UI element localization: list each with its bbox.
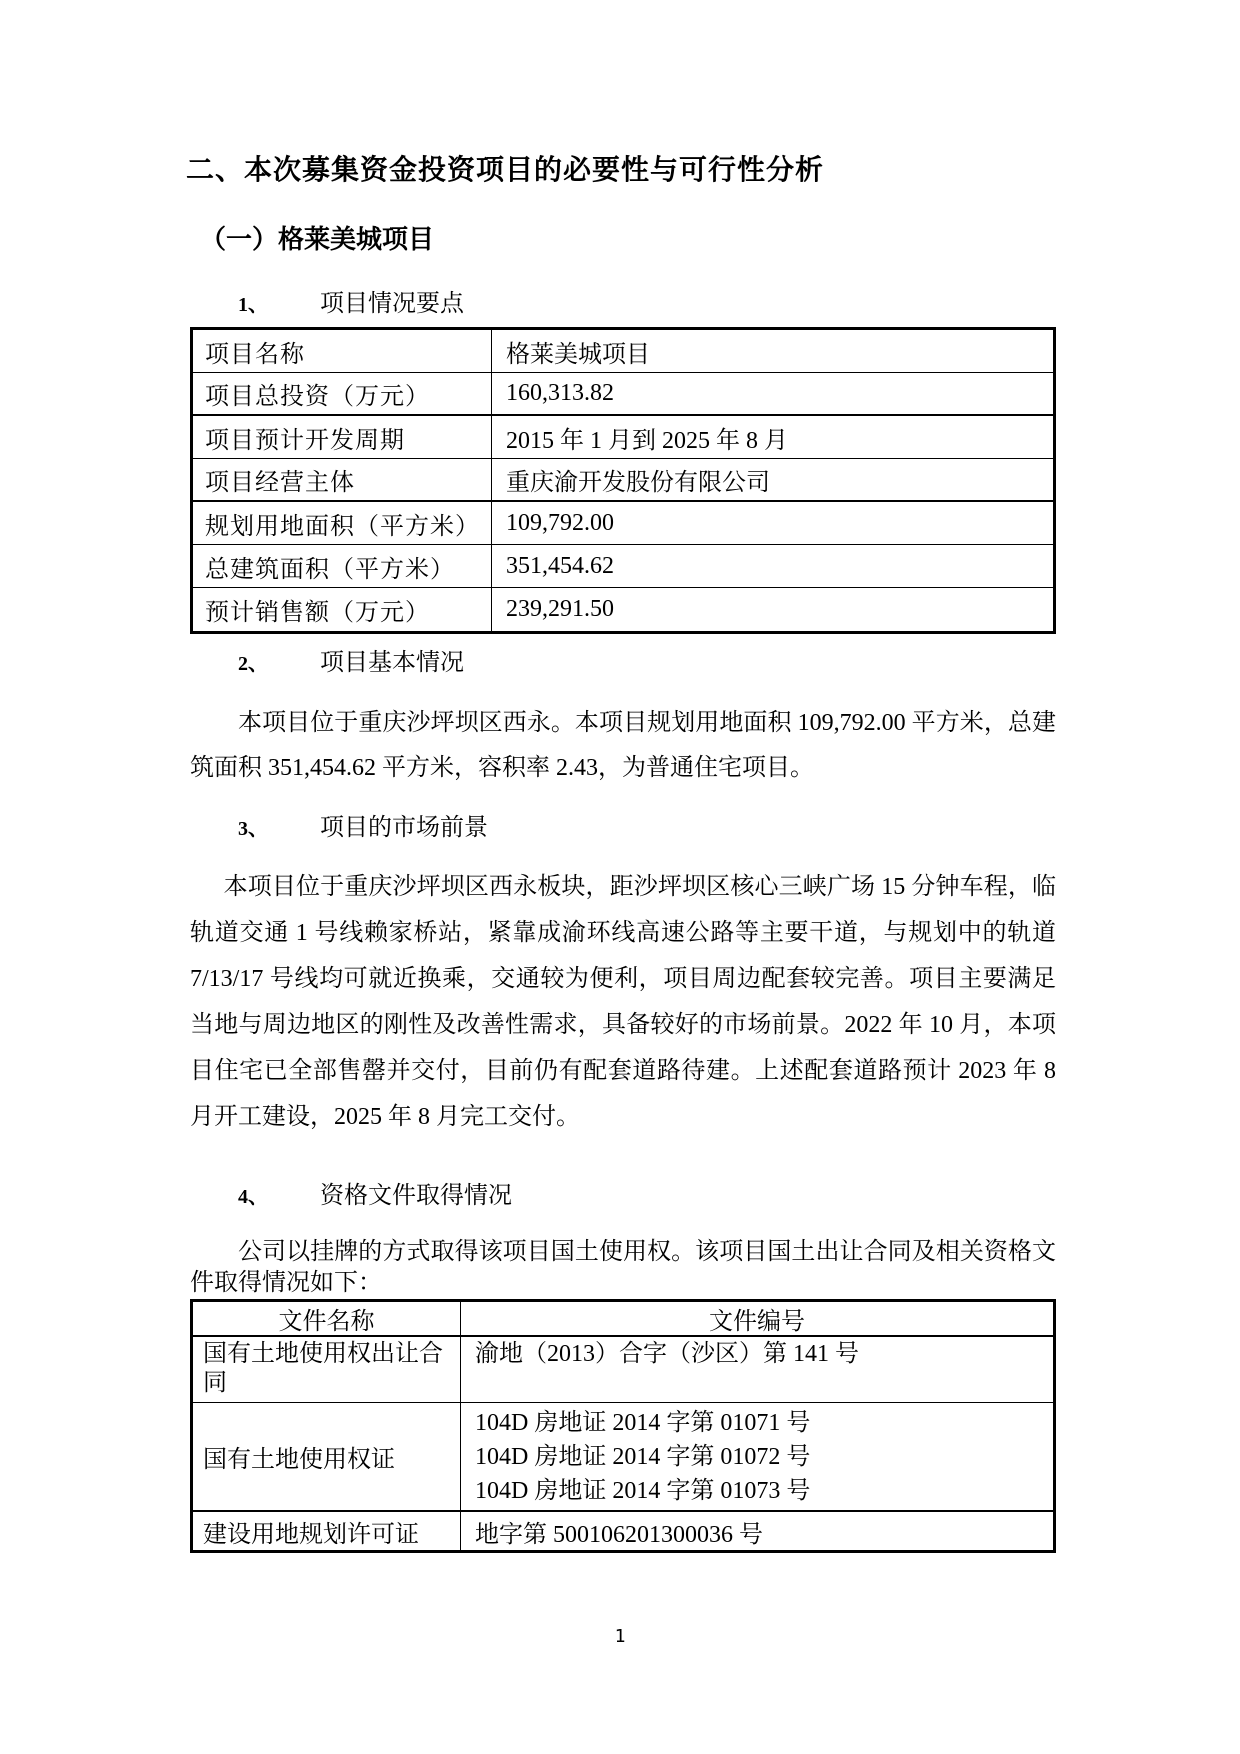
document-number: 104D 房地证 2014 字第 01073 号: [475, 1474, 1053, 1508]
heading-number: 1、: [238, 288, 320, 317]
document-name: 建设用地规划许可证: [193, 1512, 461, 1550]
document-number: 渝地（2013）合字（沙区）第 141 号: [461, 1337, 1053, 1402]
row-label: 预计销售额（万元）: [193, 588, 492, 631]
document-name: 国有土地使用权证: [193, 1403, 461, 1510]
document-number: 104D 房地证 2014 字第 01071 号: [475, 1406, 1053, 1440]
document-number: 地字第 500106201300036 号: [461, 1512, 1053, 1550]
row-value: 351,454.62: [492, 545, 1053, 587]
project-summary-table: 项目名称 格莱美城项目 项目总投资（万元） 160,313.82 项目预计开发周…: [190, 327, 1056, 634]
table-row: 预计销售额（万元） 239,291.50: [193, 588, 1053, 631]
heading-number: 4、: [238, 1180, 320, 1209]
qualification-paragraph: 公司以挂牌的方式取得该项目国土使用权。该项目国土出让合同及相关资格文件取得情况如…: [190, 1237, 1056, 1299]
column-header-document-name: 文件名称: [193, 1302, 461, 1335]
document-number: 104D 房地证 2014 字第 01072 号: [475, 1440, 1053, 1474]
row-value: 109,792.00: [492, 502, 1053, 544]
page-number: 1: [0, 1626, 1240, 1647]
heading-number: 2、: [238, 647, 320, 676]
table-header-row: 文件名称 文件编号: [193, 1302, 1053, 1337]
column-header-document-number: 文件编号: [461, 1302, 1053, 1335]
heading-text: 项目情况要点: [320, 283, 464, 318]
row-value: 239,291.50: [492, 588, 1053, 631]
heading-text: 资格文件取得情况: [320, 1175, 512, 1210]
row-label: 项目总投资（万元）: [193, 373, 492, 414]
heading-qualification-documents: 4、 资格文件取得情况: [238, 1175, 512, 1210]
table-row: 国有土地使用权证 104D 房地证 2014 字第 01071 号 104D 房…: [193, 1403, 1053, 1512]
table-row: 总建筑面积（平方米） 351,454.62: [193, 545, 1053, 588]
row-label: 规划用地面积（平方米）: [193, 502, 492, 544]
table-row: 项目经营主体 重庆渝开发股份有限公司: [193, 459, 1053, 502]
document-name: 国有土地使用权出让合同: [193, 1337, 461, 1402]
document-page: 二、本次募集资金投资项目的必要性与可行性分析 （一）格莱美城项目 1、 项目情况…: [0, 0, 1240, 1754]
table-row: 项目名称 格莱美城项目: [193, 330, 1053, 373]
table-row: 建设用地规划许可证 地字第 500106201300036 号: [193, 1512, 1053, 1550]
row-value: 重庆渝开发股份有限公司: [492, 459, 1053, 500]
table-row: 国有土地使用权出让合同 渝地（2013）合字（沙区）第 141 号: [193, 1337, 1053, 1403]
row-label: 总建筑面积（平方米）: [193, 545, 492, 587]
heading-market-outlook: 3、 项目的市场前景: [238, 807, 488, 842]
heading-text: 项目基本情况: [320, 642, 464, 677]
row-value: 160,313.82: [492, 373, 1053, 414]
row-label: 项目名称: [193, 330, 492, 372]
market-outlook-paragraph: 本项目位于重庆沙坪坝区西永板块，距沙坪坝区核心三峡广场 15 分钟车程，临轨道交…: [190, 864, 1056, 1140]
row-value: 格莱美城项目: [492, 330, 1053, 372]
row-label: 项目经营主体: [193, 459, 492, 500]
heading-project-summary: 1、 项目情况要点: [238, 283, 464, 318]
heading-number: 3、: [238, 812, 320, 841]
row-label: 项目预计开发周期: [193, 416, 492, 458]
table-row: 项目预计开发周期 2015 年 1 月到 2025 年 8 月: [193, 416, 1053, 459]
document-number-list: 104D 房地证 2014 字第 01071 号 104D 房地证 2014 字…: [461, 1403, 1053, 1510]
qualification-documents-table: 文件名称 文件编号 国有土地使用权出让合同 渝地（2013）合字（沙区）第 14…: [190, 1299, 1056, 1553]
heading-project-basics: 2、 项目基本情况: [238, 642, 464, 677]
project-basics-paragraph: 本项目位于重庆沙坪坝区西永。本项目规划用地面积 109,792.00 平方米，总…: [190, 701, 1056, 791]
table-row: 项目总投资（万元） 160,313.82: [193, 373, 1053, 416]
row-value: 2015 年 1 月到 2025 年 8 月: [492, 416, 1053, 458]
heading-text: 项目的市场前景: [320, 807, 488, 842]
page-title: 二、本次募集资金投资项目的必要性与可行性分析: [186, 148, 824, 188]
table-row: 规划用地面积（平方米） 109,792.00: [193, 502, 1053, 545]
subsection-title: （一）格莱美城项目: [200, 219, 434, 256]
